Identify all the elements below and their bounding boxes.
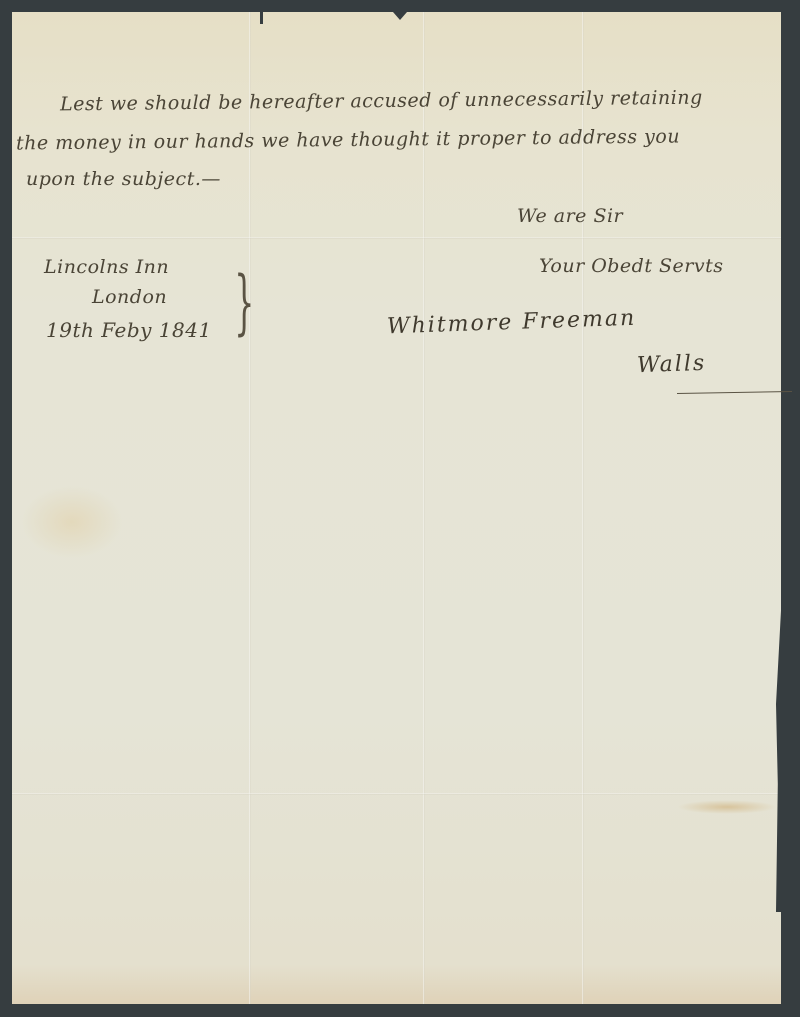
dateline-date: 19th Feby 1841	[46, 318, 212, 342]
fold-line	[423, 12, 425, 1004]
signature-2: Walls	[637, 351, 707, 378]
signature-underline	[677, 391, 792, 394]
letter-paper: Lest we should be hereafter accused of u…	[12, 12, 781, 1004]
fold-line	[249, 12, 251, 1004]
body-line-2: the money in our hands we have thought i…	[16, 126, 680, 155]
dateline-place-1: Lincolns Inn	[44, 256, 169, 278]
brace: }	[234, 267, 254, 337]
body-line-1: Lest we should be hereafter accused of u…	[60, 87, 703, 116]
dateline-place-2: London	[92, 286, 167, 308]
body-line-3: upon the subject.—	[26, 168, 221, 190]
closing-line-2: Your Obedt Servts	[539, 255, 723, 277]
fold-line	[12, 237, 781, 239]
paper-stain	[677, 800, 777, 814]
fold-line	[12, 793, 781, 795]
paper-tear	[260, 12, 263, 24]
paper-tear	[393, 12, 407, 20]
closing-line-1: We are Sir	[517, 205, 623, 227]
fold-line	[582, 12, 584, 1004]
